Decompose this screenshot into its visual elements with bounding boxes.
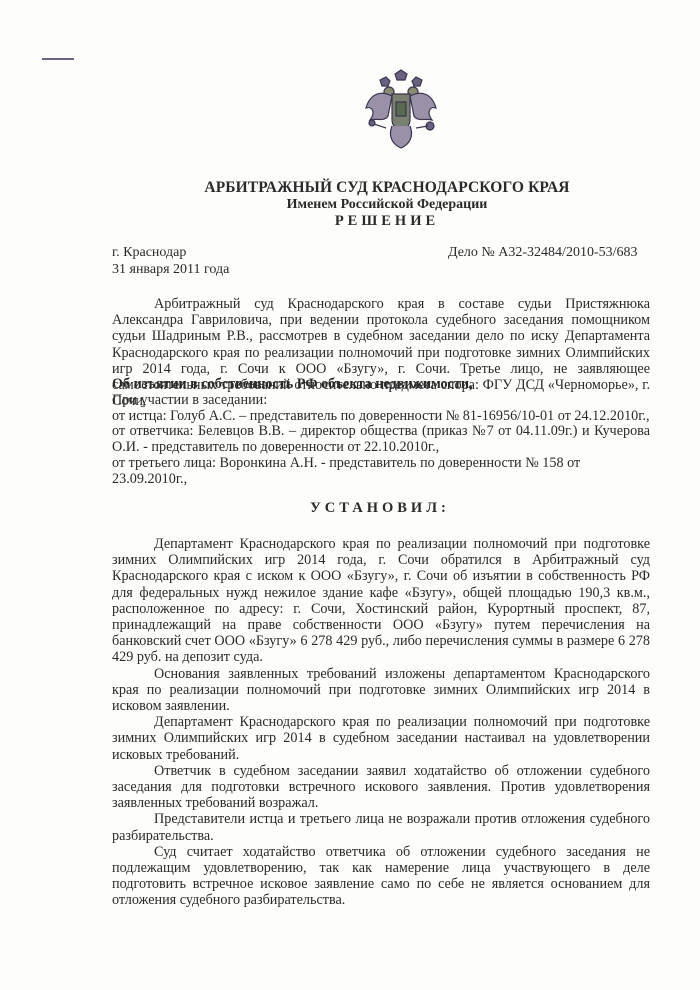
decision-date: 31 января 2011 года (112, 261, 229, 279)
findings-section: Департамент Краснодарского края по реали… (112, 536, 650, 909)
paragraph: Представители истца и третьего лица не в… (112, 811, 650, 843)
participants-heading: При участии в заседании: (112, 393, 650, 409)
court-name: АРБИТРАЖНЫЙ СУД КРАСНОДАРСКОГО КРАЯ (37, 179, 700, 197)
paragraph: Департамент Краснодарского края по реали… (112, 536, 650, 666)
subject-line: Об изъятии в собственность РФ объекта не… (112, 377, 650, 393)
participant-third-party: от третьего лица: Воронкина А.Н. - предс… (112, 456, 650, 488)
paragraph: Департамент Краснодарского края по реали… (112, 714, 650, 763)
paragraph: Суд считает ходатайство ответчика об отл… (112, 844, 650, 909)
participant-defendant: от ответчика: Белевцов В.В. – директор о… (112, 424, 650, 456)
paragraph: Основания заявленных требований изложены… (112, 666, 650, 715)
scan-artifact (42, 58, 74, 60)
russian-coat-of-arms-icon (362, 68, 440, 152)
document-type: РЕШЕНИЕ (37, 213, 700, 230)
participant-plaintiff: от истца: Голуб А.С. – представитель по … (112, 409, 650, 425)
paragraph: Ответчик в судебном заседании заявил ход… (112, 763, 650, 812)
section-title: УСТАНОВИЛ: (0, 500, 700, 517)
city: г. Краснодар (112, 244, 186, 262)
case-number: Дело № А32-32484/2010-53/683 (448, 244, 638, 262)
in-name-of: Именем Российской Федерации (37, 197, 700, 213)
parties-section: Об изъятии в собственность РФ объекта не… (112, 377, 650, 488)
